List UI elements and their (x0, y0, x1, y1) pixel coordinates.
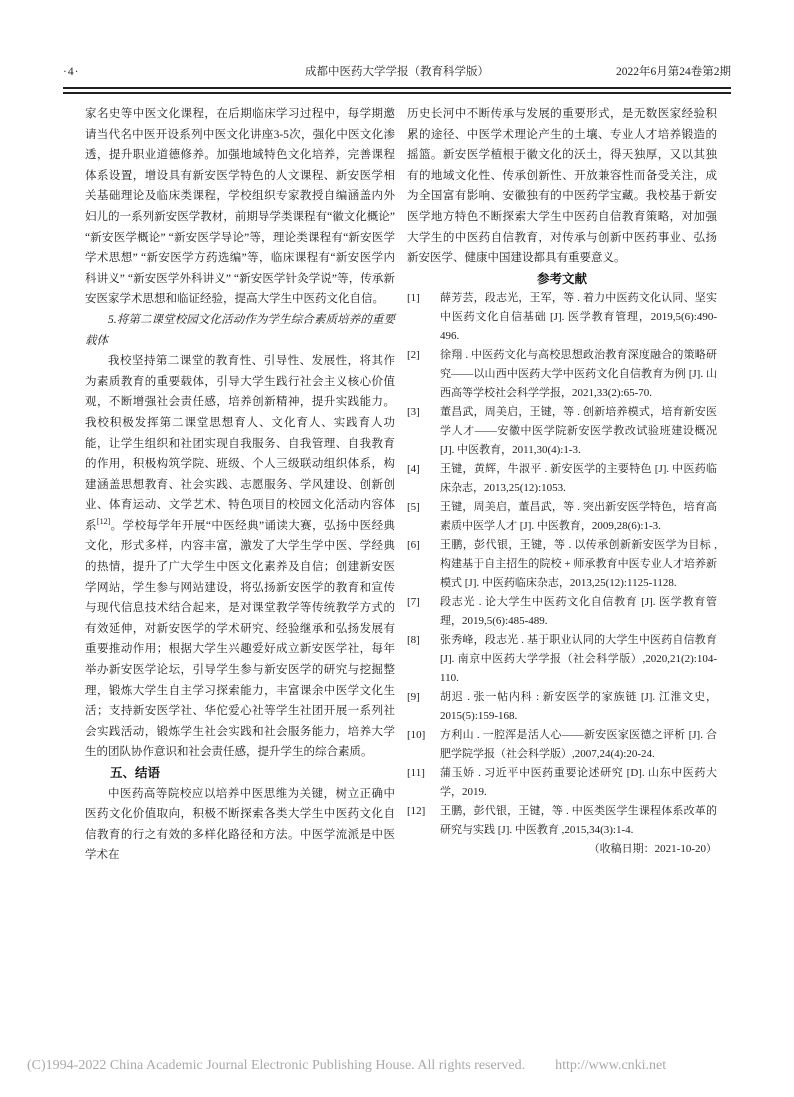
reference-item: [7]段志光 . 论大学生中医药文化自信教育 [J]. 医学教育管理，2019,… (407, 593, 717, 631)
left-column: 家名史等中医文化课程，在后期临床学习过程中，每学期邀请当代名中医开设系列中医文化… (85, 104, 395, 866)
reference-number: [12] (407, 802, 425, 821)
references-title: 参考文献 (407, 269, 717, 290)
reference-number: [2] (407, 346, 420, 365)
reference-number: [7] (407, 593, 420, 612)
paragraph-text: 。学校每学年开展“中医经典”诵读大赛，弘扬中医经典文化，形式多样，内容丰富，激发… (85, 520, 395, 759)
reference-text: 王鹏，彭代银，王键，等 . 以传承创新新安医学为目标 , 构建基于自主招生的院校… (440, 539, 717, 589)
journal-page: ·4· 成都中医药大学学报（教育科学版） 2022年6月第24卷第2期 家名史等… (0, 0, 794, 1097)
reference-item: [5]王键，周美启，董昌武，等 . 突出新安医学特色，培育高素质中医学人才 [J… (407, 498, 717, 536)
reference-item: [9]胡迟 . 张一帖内科 : 新安医学的家族链 [J]. 江淮文史，2015(… (407, 688, 717, 726)
reference-number: [10] (407, 726, 425, 745)
reference-text: 方利山 . 一腔浑是活人心——新安医家医德之评析 [J]. 合肥学院学报（社会科… (440, 729, 717, 760)
reference-text: 胡迟 . 张一帖内科 : 新安医学的家族链 [J]. 江淮文史，2015(5):… (440, 691, 717, 722)
reference-number: [6] (407, 536, 420, 555)
reference-item: [6]王鹏，彭代银，王键，等 . 以传承创新新安医学为目标 , 构建基于自主招生… (407, 536, 717, 593)
reference-item: [3]董昌武，周美启，王键，等 . 创新培养模式，培育新安医学人才——安徽中医学… (407, 403, 717, 460)
header-double-rule (63, 87, 731, 94)
paragraph-text: 我校坚持第二课堂的教育性、引导性、发展性，将其作为素质教育的重要载体，引导大学生… (85, 355, 395, 532)
section-heading-conclusion: 五、结语 (85, 763, 395, 784)
body-paragraph: 中医药高等院校应以培养中医思维为关键，树立正确中医药文化价值取向，积极不断探索各… (85, 784, 395, 866)
reference-item: [4]王键，黄辉，牛淑平 . 新安医学的主要特色 [J]. 中医药临床杂志，20… (407, 460, 717, 498)
reference-text: 薛芳芸，段志光，王军，等 . 着力中医药文化认同、坚实中医药文化自信基础 [J]… (440, 292, 717, 342)
reference-text: 王鹏，彭代银，王键，等 . 中医类医学生课程体系改革的研究与实践 [J]. 中医… (440, 805, 717, 836)
reference-text: 张秀峰，段志光 . 基于职业认同的大学生中医药自信教育 [J]. 南京中医药大学… (440, 634, 717, 684)
reference-item: [2]徐翔 . 中医药文化与高校思想政治教育深度融合的策略研究——以山西中医药大… (407, 346, 717, 403)
page-header: ·4· 成都中医药大学学报（教育科学版） 2022年6月第24卷第2期 (63, 63, 731, 79)
reference-number: [11] (407, 764, 425, 783)
copyright-text: (C)1994-2022 China Academic Journal Elec… (27, 1058, 525, 1073)
reference-number: [9] (407, 688, 420, 707)
body-paragraph: 我校坚持第二课堂的教育性、引导性、发展性，将其作为素质教育的重要载体，引导大学生… (85, 351, 395, 763)
reference-text: 徐翔 . 中医药文化与高校思想政治教育深度融合的策略研究——以山西中医药大学中医… (440, 349, 717, 399)
issue-info: 2022年6月第24卷第2期 (616, 63, 731, 79)
reference-text: 蒲玉娇 . 习近平中医药重要论述研究 [D]. 山东中医药大学，2019. (440, 767, 717, 798)
reference-item: [8]张秀峰，段志光 . 基于职业认同的大学生中医药自信教育 [J]. 南京中医… (407, 631, 717, 688)
right-column: 历史长河中不断传承与发展的重要形式，是无数医家经验积累的途径、中医学术理论产生的… (407, 104, 717, 859)
reference-text: 段志光 . 论大学生中医药文化自信教育 [J]. 医学教育管理，2019,5(6… (440, 596, 717, 627)
reference-item: [1]薛芳芸，段志光，王军，等 . 着力中医药文化认同、坚实中医药文化自信基础 … (407, 289, 717, 346)
received-date: （收稿日期：2021-10-20） (407, 840, 717, 859)
reference-number: [4] (407, 460, 420, 479)
subsection-heading: 5.将第二课堂校园文化活动作为学生综合素质培养的重要载体 (85, 310, 395, 351)
reference-number: [8] (407, 631, 420, 650)
body-paragraph-continuation: 历史长河中不断传承与发展的重要形式，是无数医家经验积累的途径、中医学术理论产生的… (407, 104, 717, 269)
reference-item: [10]方利山 . 一腔浑是活人心——新安医家医德之评析 [J]. 合肥学院学报… (407, 726, 717, 764)
reference-number: [1] (407, 289, 420, 308)
cnki-url: http://www.cnki.net (555, 1058, 666, 1073)
page-footer: (C)1994-2022 China Academic Journal Elec… (27, 1058, 767, 1074)
reference-text: 王键，黄辉，牛淑平 . 新安医学的主要特色 [J]. 中医药临床杂志，2013,… (440, 463, 717, 494)
body-paragraph-continuation: 家名史等中医文化课程，在后期临床学习过程中，每学期邀请当代名中医开设系列中医文化… (85, 104, 395, 310)
reference-text: 董昌武，周美启，王键，等 . 创新培养模式，培育新安医学人才——安徽中医学院新安… (440, 406, 717, 456)
reference-number: [5] (407, 498, 420, 517)
reference-item: [12]王鹏，彭代银，王键，等 . 中医类医学生课程体系改革的研究与实践 [J]… (407, 802, 717, 840)
reference-item: [11]蒲玉娇 . 习近平中医药重要论述研究 [D]. 山东中医药大学，2019… (407, 764, 717, 802)
citation-superscript: [12] (97, 517, 110, 526)
page-number: ·4· (63, 66, 79, 78)
reference-number: [3] (407, 403, 420, 422)
reference-text: 王键，周美启，董昌武，等 . 突出新安医学特色，培育高素质中医学人才 [J]. … (440, 501, 717, 532)
